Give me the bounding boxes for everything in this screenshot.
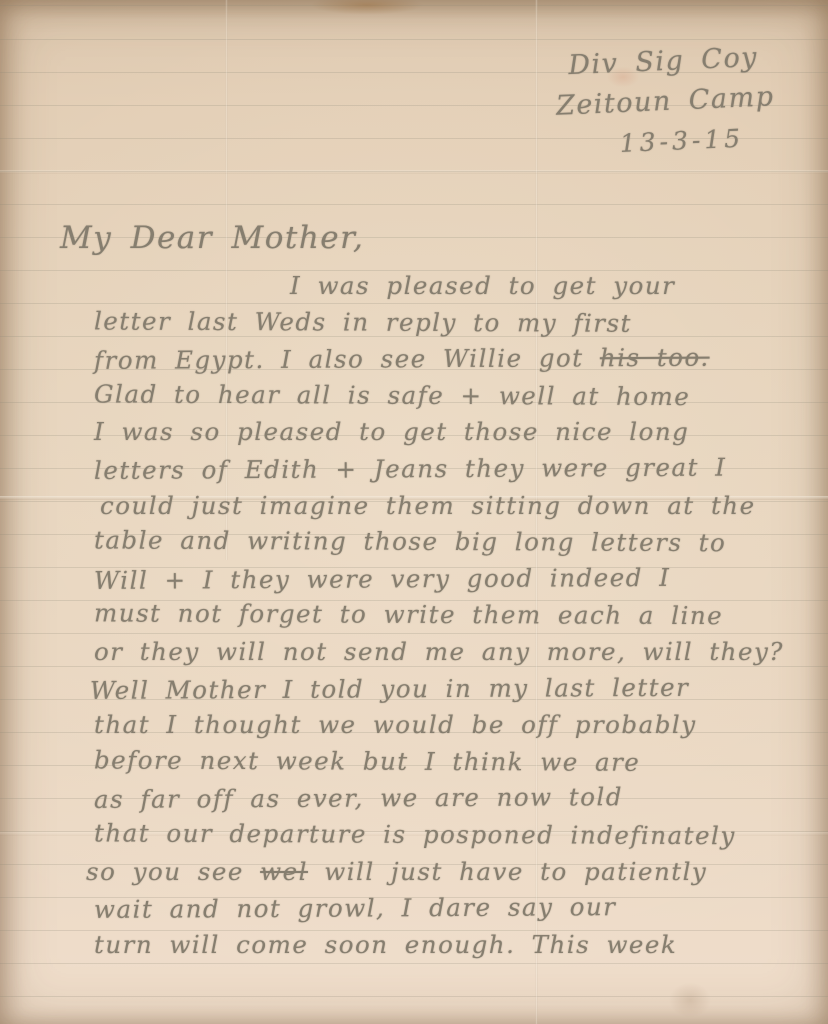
letter-line: letters of Edith + Jeans they were great… [94, 449, 814, 489]
letter-body: I was pleased to get yourletter last Wed… [94, 268, 814, 963]
letter-line: I was so pleased to get those nice long [94, 414, 814, 451]
letter-text: wait and not growl, I dare say our [94, 892, 617, 924]
letter-heading: Div Sig Coy Zeitoun Camp 13-3-15 [553, 37, 777, 166]
letter-text: I was pleased to get your [290, 271, 675, 300]
letter-text: Well Mother I told you in my last letter [90, 672, 689, 704]
letter-line: or they will not send me any more, will … [94, 634, 814, 671]
letter-text: table and writing those big long letters… [94, 526, 726, 558]
letter-line: so you see wel will just have to patient… [86, 854, 814, 891]
letter-text: that our departure is posponed indefinat… [94, 818, 736, 850]
letter-text: that I thought we would be off probably [94, 710, 697, 739]
struck-text: wel [260, 857, 308, 886]
letter-line: turn will come soon enough. This week [94, 927, 814, 964]
letter-line: Will + I they were very good indeed I [94, 559, 814, 599]
letter-line: that I thought we would be off probably [94, 707, 814, 744]
letter-line: letter last Weds in reply to my first [94, 303, 814, 343]
letter-text: turn will come soon enough. This week [94, 930, 677, 959]
letter-text: so you see [86, 857, 260, 886]
letter-text: I was so pleased to get those nice long [94, 417, 689, 446]
letter-text: Will + I they were very good indeed I [94, 563, 670, 595]
letter-line: could just imagine them sitting down at … [100, 488, 814, 525]
paper-wear-bottom [660, 975, 720, 1024]
letter-line: table and writing those big long letters… [94, 523, 814, 563]
horizontal-fold-crease-top [0, 170, 828, 174]
letter-text: Glad to hear all is safe + well at home [94, 379, 690, 411]
letter-text: must not forget to write them each a lin… [94, 599, 723, 631]
letter-line: Glad to hear all is safe + well at home [94, 376, 814, 416]
letter-text: as far off as ever, we are now told [94, 782, 623, 814]
letter-text: before next week but I think we are [94, 745, 640, 776]
letter-text: from Egypt. I also see Willie got [94, 343, 600, 375]
struck-text: his too. [600, 343, 710, 373]
heading-date: 13-3-15 [618, 117, 776, 164]
letter-text: could just imagine them sitting down at … [100, 491, 756, 520]
letter-text: letters of Edith + Jeans they were great… [94, 453, 727, 485]
letter-text: or they will not send me any more, will … [94, 637, 784, 666]
letter-line: that our departure is posponed indefinat… [94, 815, 814, 855]
salutation: My Dear Mother, [60, 220, 364, 256]
letter-text: will just have to patiently [308, 857, 707, 886]
letter-line: from Egypt. I also see Willie got his to… [94, 339, 814, 379]
letter-line: I was pleased to get your [94, 268, 814, 305]
letter-page: Div Sig Coy Zeitoun Camp 13-3-15 My Dear… [0, 0, 828, 1024]
letter-line: wait and not growl, I dare say our [94, 888, 814, 928]
letter-line: as far off as ever, we are now told [94, 778, 814, 818]
letter-line: before next week but I think we are [94, 742, 814, 782]
letter-line: Well Mother I told you in my last letter [90, 669, 814, 709]
letter-line: must not forget to write them each a lin… [94, 596, 814, 636]
letter-text: letter last Weds in reply to my first [94, 306, 632, 337]
